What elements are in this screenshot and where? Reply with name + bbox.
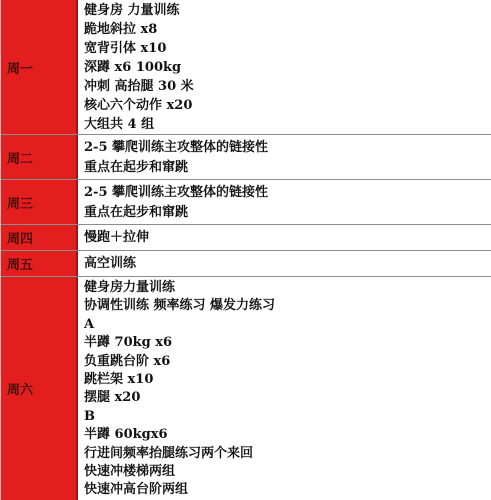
workout-line: 大组共 4 组 — [84, 115, 491, 134]
workout-cell: 健身房力量训练 协调性训练 频率练习 爆发力练习 A 半蹲 70kg x6 负重… — [80, 277, 491, 500]
workout-line: 健身房 力量训练 — [84, 1, 491, 20]
workout-line: 摆腿 x20 — [84, 389, 491, 407]
day-cell: 周六 — [1, 277, 78, 500]
workout-line: 跳栏架 x10 — [84, 371, 491, 389]
workout-line: 高空训练 — [84, 254, 491, 274]
workout-cell: 慢跑＋拉伸 — [80, 225, 491, 250]
workout-line: 协调性训练 频率练习 爆发力练习 — [84, 297, 491, 315]
workout-line: 重点在起步和窜跳 — [84, 158, 491, 178]
workout-line: 核心六个动作 x20 — [84, 96, 491, 115]
workout-line: 宽背引体 x10 — [84, 39, 491, 58]
table-row-monday: 周一 健身房 力量训练 跪地斜拉 x8 宽背引体 x10 深蹲 x6 100kg… — [1, 0, 491, 135]
training-schedule-table: 周一 健身房 力量训练 跪地斜拉 x8 宽背引体 x10 深蹲 x6 100kg… — [0, 0, 491, 500]
workout-cell: 2-5 攀爬训练主攻整体的链接性 重点在起步和窜跳 — [80, 180, 491, 224]
table-row-tuesday: 周二 2-5 攀爬训练主攻整体的链接性 重点在起步和窜跳 — [1, 135, 491, 180]
workout-line: 半蹲 60kgx6 — [84, 426, 491, 444]
workout-line: 深蹲 x6 100kg — [84, 58, 491, 77]
workout-line: 快速冲楼梯两组 — [84, 463, 491, 481]
workout-line: 2-5 攀爬训练主攻整体的链接性 — [84, 138, 491, 158]
day-cell: 周三 — [1, 180, 78, 224]
workout-line: 健身房力量训练 — [84, 279, 491, 297]
table-row-thursday: 周四 慢跑＋拉伸 — [1, 225, 491, 251]
table-row-wednesday: 周三 2-5 攀爬训练主攻整体的链接性 重点在起步和窜跳 — [1, 180, 491, 225]
workout-line: 半蹲 70kg x6 — [84, 334, 491, 352]
workout-line: B — [84, 408, 491, 426]
workout-line: 负重跳台阶 x6 — [84, 353, 491, 371]
day-cell: 周二 — [1, 135, 78, 179]
workout-line: 跪地斜拉 x8 — [84, 20, 491, 39]
workout-cell: 健身房 力量训练 跪地斜拉 x8 宽背引体 x10 深蹲 x6 100kg 冲刺… — [80, 0, 491, 134]
table-row-friday: 周五 高空训练 — [1, 251, 491, 277]
workout-line: 2-5 攀爬训练主攻整体的链接性 — [84, 183, 491, 203]
day-cell: 周一 — [1, 0, 78, 134]
workout-line: 快速冲高台阶两组 — [84, 481, 491, 499]
workout-cell: 高空训练 — [80, 251, 491, 276]
day-cell: 周五 — [1, 251, 78, 276]
workout-cell: 2-5 攀爬训练主攻整体的链接性 重点在起步和窜跳 — [80, 135, 491, 179]
workout-line: 慢跑＋拉伸 — [84, 228, 491, 248]
table-row-saturday: 周六 健身房力量训练 协调性训练 频率练习 爆发力练习 A 半蹲 70kg x6… — [1, 277, 491, 500]
workout-line: 重点在起步和窜跳 — [84, 203, 491, 223]
workout-line: 冲刺 高抬腿 30 米 — [84, 77, 491, 96]
workout-line: 行进间频率抬腿练习两个来回 — [84, 445, 491, 463]
day-cell: 周四 — [1, 225, 78, 250]
workout-line: A — [84, 316, 491, 334]
